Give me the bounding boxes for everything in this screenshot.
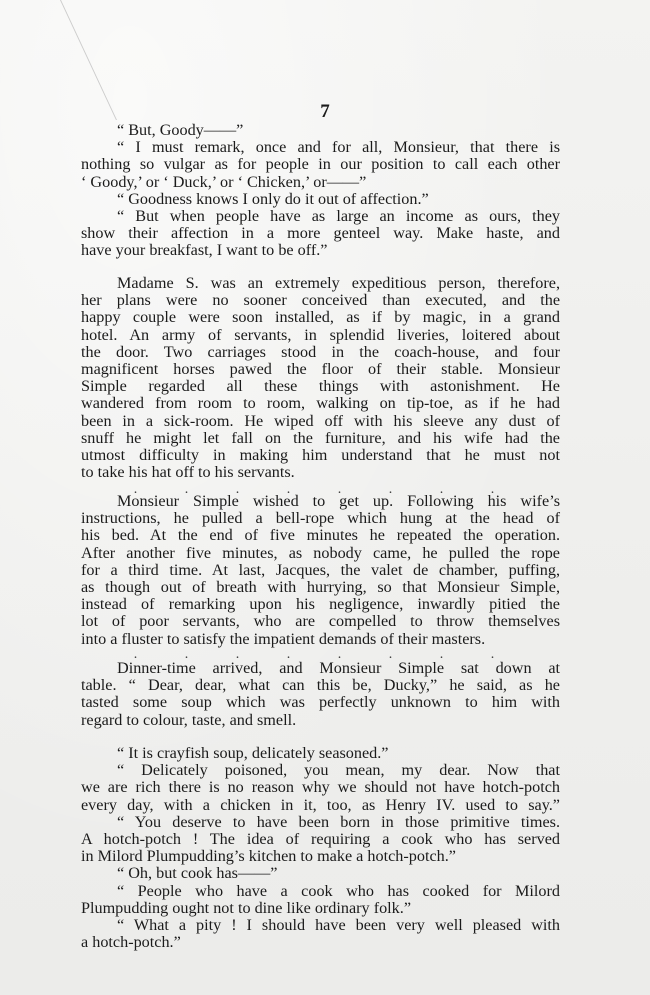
- text-line: Madame S. was an extremely expeditious p…: [81, 275, 560, 292]
- text-line: we are rich there is no reason why we sh…: [81, 779, 560, 796]
- text-line: to take his hat off to his servants.: [81, 464, 560, 481]
- text-line: “ Goodness knows I only do it out of aff…: [81, 191, 560, 208]
- text-line: nothing so vulgar as for people in our p…: [81, 156, 560, 173]
- text-line: table. “ Dear, dear, what can this be, D…: [81, 677, 560, 694]
- text-line: magnificent horses pawed the floor of th…: [81, 361, 560, 378]
- text-line: “ You deserve to have been born in those…: [81, 814, 560, 831]
- text-line: “ What a pity ! I should have been very …: [81, 917, 560, 934]
- text-line: as though out of breath with hurrying, s…: [81, 579, 560, 596]
- text-line: “ I must remark, once and for all, Monsi…: [81, 139, 560, 156]
- text-line: a hotch-potch.”: [81, 934, 560, 951]
- paragraph-bellrope: Monsieur Simple wished to get up. Follow…: [81, 493, 560, 648]
- text-line: “ Delicately poisoned, you mean, my dear…: [81, 762, 560, 779]
- text-line: have your breakfast, I want to be off.”: [81, 242, 560, 259]
- text-line: instructions, he pulled a bell-rope whic…: [81, 510, 560, 527]
- text-line: into a fluster to satisfy the impatient …: [81, 631, 560, 648]
- text-line: Monsieur Simple wished to get up. Follow…: [81, 493, 560, 510]
- text-line: been in a sick-room. He wiped off with h…: [81, 413, 560, 430]
- text-line: “ But when people have as large an incom…: [81, 208, 560, 225]
- text-line: show their affection in a more genteel w…: [81, 225, 560, 242]
- text-line: “ It is crayfish soup, delicately season…: [81, 745, 560, 762]
- text-line: tasted some soup which was perfectly unk…: [81, 694, 560, 711]
- text-line: wandered from room to room, walking on t…: [81, 395, 560, 412]
- text-line: After another five minutes, as nobody ca…: [81, 545, 560, 562]
- text-line: for a third time. At last, Jacques, the …: [81, 562, 560, 579]
- text-line: every day, with a chicken in it, too, as…: [81, 797, 560, 814]
- text-line: happy couple were soon installed, as if …: [81, 309, 560, 326]
- text-line: instead of remarking upon his negligence…: [81, 596, 560, 613]
- paragraph-madame: Madame S. was an extremely expeditious p…: [81, 275, 560, 481]
- scanned-book-page: 7 “ But, Goody——”“ I must remark, once a…: [0, 0, 650, 995]
- text-line: her plans were no sooner conceived than …: [81, 292, 560, 309]
- text-line: “ Oh, but cook has——”: [81, 865, 560, 882]
- text-line: A hotch-potch ! The idea of requiring a …: [81, 831, 560, 848]
- text-line: “ But, Goody——”: [81, 122, 560, 139]
- text-line: utmost difficulty in making him understa…: [81, 447, 560, 464]
- dialogue-block-1: “ But, Goody——”“ I must remark, once and…: [81, 122, 560, 260]
- text-line: his bed. At the end of five minutes he r…: [81, 527, 560, 544]
- dialogue-block-2: “ It is crayfish soup, delicately season…: [81, 745, 560, 951]
- text-line: ‘ Goody,’ or ‘ Duck,’ or ‘ Chicken,’ or—…: [81, 174, 560, 191]
- text-line: in Milord Plumpudding’s kitchen to make …: [81, 848, 560, 865]
- text-line: regard to colour, taste, and smell.: [81, 712, 560, 729]
- text-line: Dinner-time arrived, and Monsieur Simple…: [81, 660, 560, 677]
- text-line: hotel. An army of servants, in splendid …: [81, 327, 560, 344]
- text-line: “ People who have a cook who has cooked …: [81, 883, 560, 900]
- text-line: snuff he might let fall on the furniture…: [81, 430, 560, 447]
- text-line: Plumpudding ought not to dine like ordin…: [81, 900, 560, 917]
- text-line: lot of poor servants, who are compelled …: [81, 613, 560, 630]
- text-line: Simple regarded all these things with as…: [81, 378, 560, 395]
- paragraph-dinner: Dinner-time arrived, and Monsieur Simple…: [81, 660, 560, 729]
- text-line: the door. Two carriages stood in the coa…: [81, 344, 560, 361]
- page-number: 7: [0, 101, 650, 123]
